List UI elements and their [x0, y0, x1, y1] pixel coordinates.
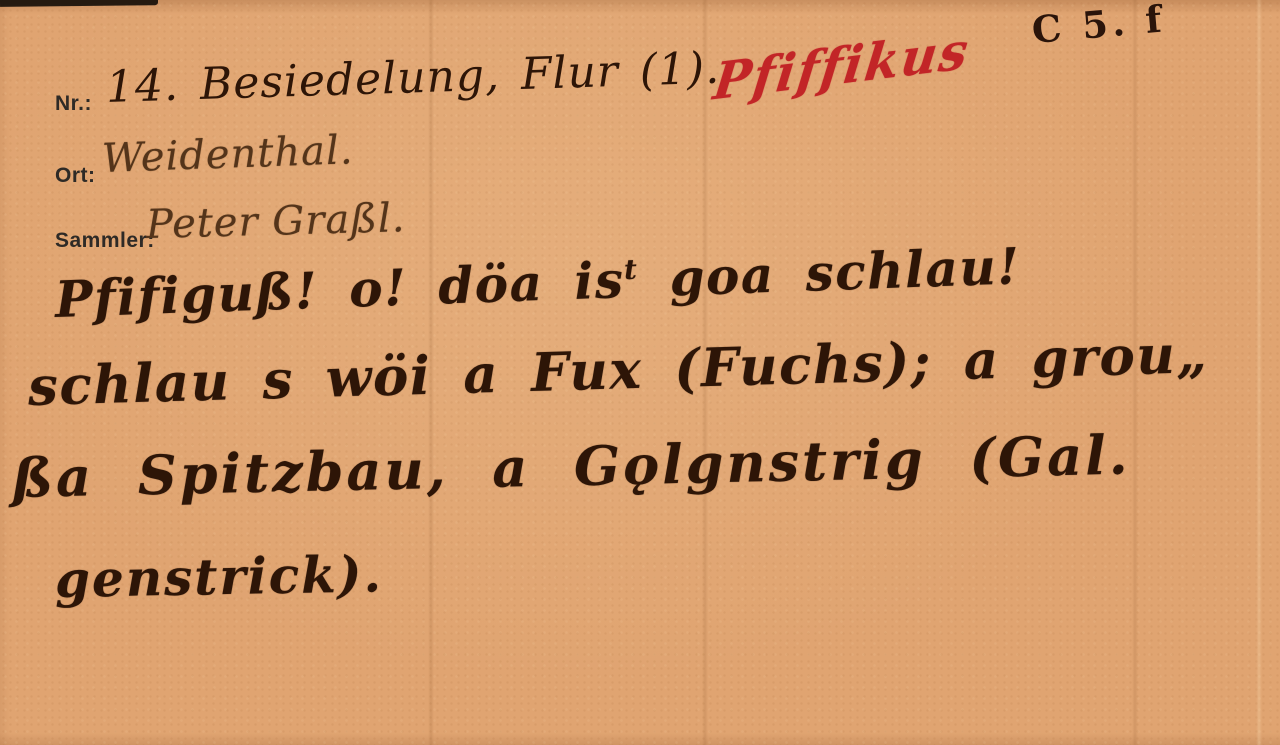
archive-mark: C 5. f — [1030, 0, 1167, 52]
superscript-t: t — [623, 254, 638, 286]
scan-edge-mark — [0, 0, 158, 7]
nr-label: Nr.: — [55, 92, 92, 116]
nr-value: 14. Besiedelung, Flur (1). — [105, 43, 721, 113]
body-line-2: schlau s wöi a Fux (Fuchs); a grou„ — [27, 323, 1209, 418]
keyword-pfiffikus: Pfiffikus — [710, 20, 973, 112]
body-line-1-text: Pfifiguß! o! döa is — [54, 250, 625, 329]
sammler-value: Peter Graßl. — [145, 195, 406, 248]
body-line-4: genstrick). — [54, 544, 383, 609]
paper-streak-edge — [1256, 0, 1262, 745]
index-card: Nr.: 14. Besiedelung, Flur (1). Pfiffiku… — [0, 0, 1280, 745]
body-line-3: ßa Spitzbau, a Gǫlgnstrig (Gal. — [11, 423, 1131, 510]
ort-value: Weidenthal. — [101, 127, 354, 182]
body-line-1: Pfifiguß! o! döa ist goa schlau! — [54, 236, 1022, 329]
ort-label: Ort: — [55, 164, 96, 188]
body-line-1-tail: goa schlau! — [638, 236, 1022, 308]
sammler-label: Sammler: — [55, 229, 155, 253]
